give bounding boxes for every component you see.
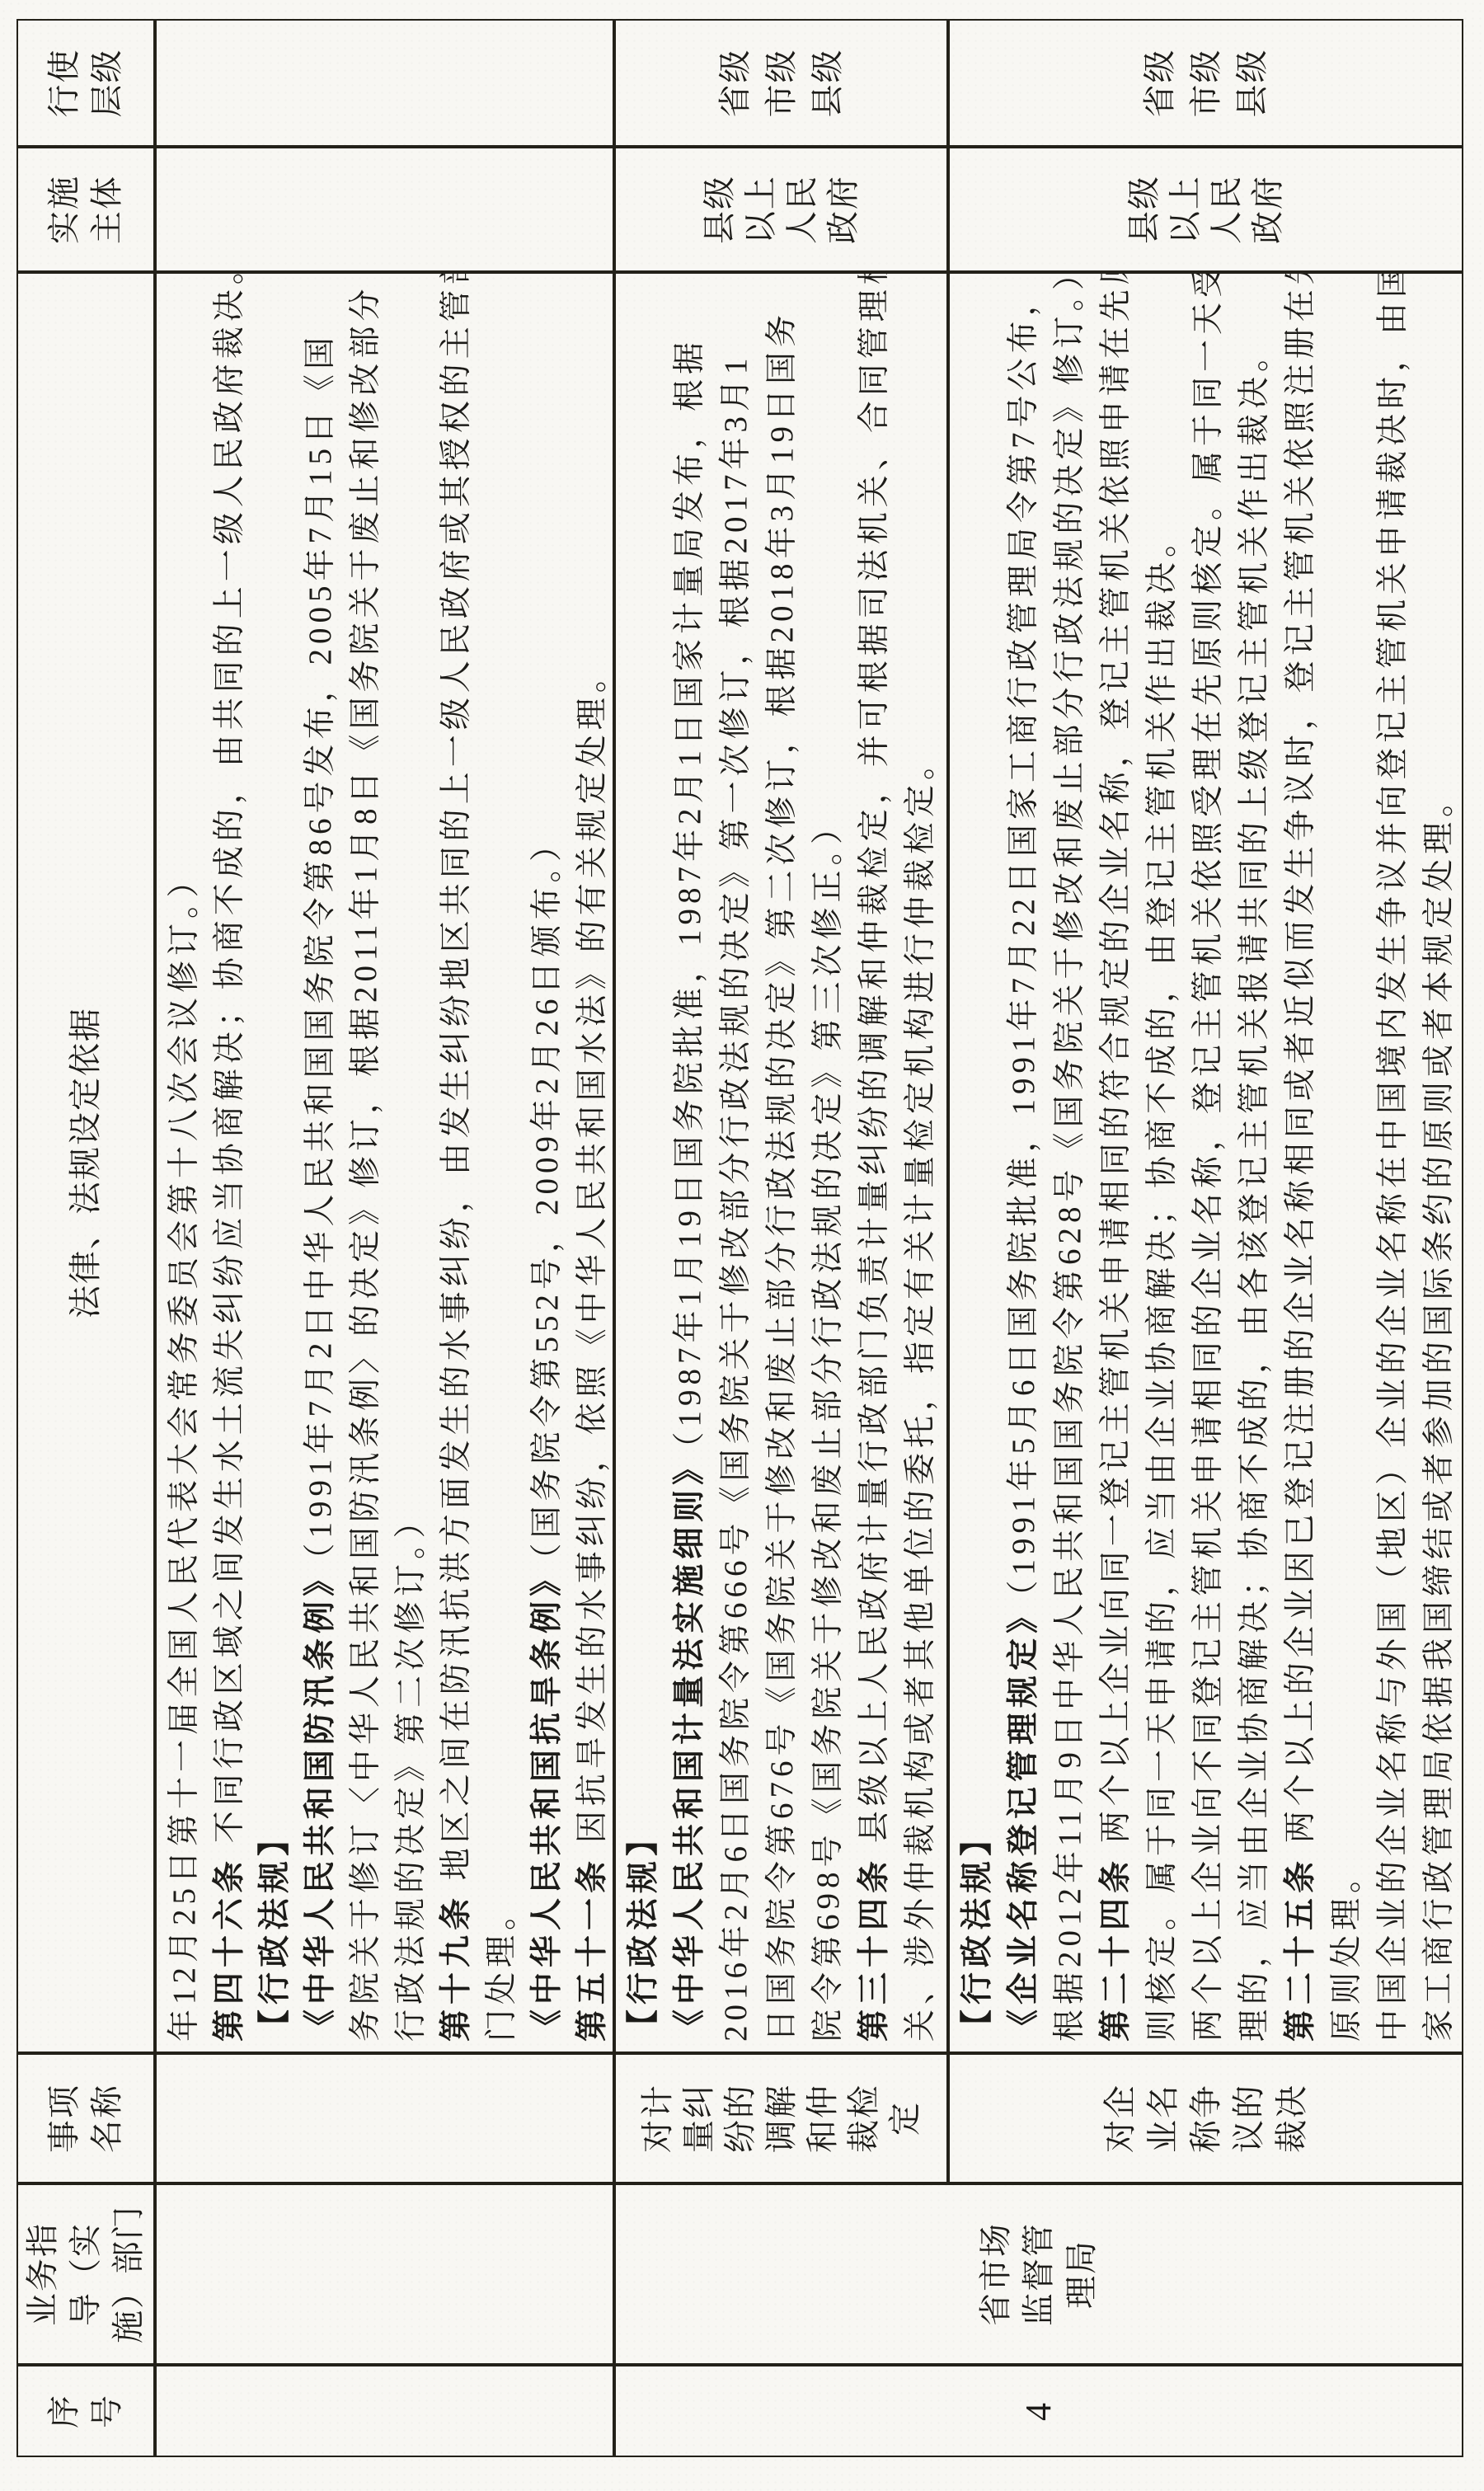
metrology-level: 省级 市级 县级 <box>614 19 948 147</box>
law-text-line: 《中华人民共和国抗旱条例》（国务院令第552号，2009年2月26日颁布。） <box>524 274 570 2042</box>
law-text-line: 行政法规的决定》第二次修订。） <box>388 274 434 2042</box>
carryover-serial-cell <box>155 2365 614 2457</box>
header-item-name: 事项 名称 <box>16 2053 155 2183</box>
rotated-table-sheet: 序 号 业务指 导（实 施）部门 事项 名称 法律、法规设定依据 实施 主体 行… <box>0 0 1484 2491</box>
carryover-item-cell <box>155 2053 614 2183</box>
law-text-line: 中国企业的企业名称与外国（地区）企业的企业名称在中国境内发生争议并向登记主管机关… <box>1370 274 1416 2042</box>
law-text-line: 第三十四条 县级以上人民政府计量行政部门负责计量纠纷的调解和仲裁检定，并可根据司… <box>852 274 898 2042</box>
law-text-line: 关、涉外仲裁机构或者其他单位的委托，指定有关计量检定机构进行仲裁检定。 <box>898 274 944 2042</box>
header-serial: 序 号 <box>16 2365 155 2457</box>
law-text-line: 第四十六条 不同行政区域之间发生水土流失纠纷应当协商解决；协商不成的，由共同的上… <box>207 274 252 2042</box>
law-text-line: 年12月25日第十一届全国人民代表大会常务委员会第十八次会议修订。） <box>162 274 207 2042</box>
law-text-line: 院令第698号《国务院关于修改和废止部分行政法规的决定》第三次修正。） <box>805 274 852 2042</box>
header-exercise-level: 行使 层级 <box>16 19 155 147</box>
law-text-line: 第二十五条 两个以上的企业因已登记注册的企业名称相同或者近似而发生争议时，登记主… <box>1278 274 1324 2042</box>
law-text-line: 2016年2月6日国务院令第666号《国务院关于修改部分行政法规的决定》第一次修… <box>713 274 759 2042</box>
law-text-line: 第十九条 地区之间在防汛抗洪方面发生的水事纠纷，由发生纠纷地区共同的上一级人民政… <box>434 274 479 2042</box>
law-text-line: 则核定。属于同一天申请的，应当由企业协商解决；协商不成的，由登记主管机关作出裁决… <box>1139 274 1186 2042</box>
enterprise-level: 省级 市级 县级 <box>948 19 1463 147</box>
law-text-line: 务院关于修订〈中华人民共和国防汛条例〉的决定》修订，根据2011年1月8日《国务… <box>343 274 388 2042</box>
law-text-line: 门处理。 <box>479 274 524 2042</box>
carryover-level-cell <box>155 19 614 147</box>
metrology-subject: 县级 以上 人民 政府 <box>614 147 948 272</box>
metrology-item-name: 对计 量纠 纷的 调解 和仲 裁检 定 <box>614 2053 948 2183</box>
law-text-line: 《中华人民共和国计量法实施细则》（1987年1月19日国务院批准，1987年2月… <box>667 274 713 2042</box>
header-dept: 业务指 导（实 施）部门 <box>16 2183 155 2365</box>
law-text-line: 《中华人民共和国防汛条例》（1991年7月2日中华人民共和国国务院令第86号发布… <box>298 274 343 2042</box>
law-text-line: 《企业名称登记管理规定》（1991年5月6日国务院批准，1991年7月22日国家… <box>1001 274 1047 2042</box>
enterprise-subject: 县级 以上 人民 政府 <box>948 147 1463 272</box>
law-text-line: 【行政法规】 <box>621 274 667 2042</box>
law-text-line: 【行政法规】 <box>955 274 1001 2042</box>
carryover-subject-cell <box>155 147 614 272</box>
enterprise-item-name: 对企 业名 称争 议的 裁决 <box>948 2053 1463 2183</box>
carryover-legal-basis-text: 年12月25日第十一届全国人民代表大会常务委员会第十八次会议修订。）第四十六条 … <box>155 272 614 2053</box>
law-text-line: 根据2012年11月9日中华人民共和国国务院令第628号《国务院关于修改和废止部… <box>1047 274 1093 2042</box>
carryover-dept-cell <box>155 2183 614 2365</box>
law-text-line: 第五十一条 因抗旱发生的水事纠纷，依照《中华人民共和国水法》的有关规定处理。 <box>570 274 614 2042</box>
law-text-line: 两个以上企业向不同登记主管机关申请相同的企业名称，登记主管机关依照受理在先原则核… <box>1186 274 1232 2042</box>
enterprise-legal-basis-text: 【行政法规】《企业名称登记管理规定》（1991年5月6日国务院批准，1991年7… <box>948 272 1463 2053</box>
law-text-line: 日国务院令第676号《国务院关于修改和废止部分行政法规的决定》第二次修订，根据2… <box>759 274 805 2042</box>
header-implementing-subject: 实施 主体 <box>16 147 155 272</box>
law-text-line: 【行政法规】 <box>252 274 298 2042</box>
metrology-legal-basis-text: 【行政法规】《中华人民共和国计量法实施细则》（1987年1月19日国务院批准，1… <box>614 272 948 2053</box>
dept-cell: 省市场 监督管 理局 <box>614 2183 1463 2365</box>
law-text-line: 理的，应当由企业协商解决；协商不成的，由各该登记主管机关报请共同的上级登记主管机… <box>1232 274 1278 2042</box>
law-text-line: 家工商行政管理局依据我国缔结或者参加的国际条约的原则或者本规定处理。 <box>1416 274 1463 2042</box>
law-text-line: 原则处理。 <box>1324 274 1370 2042</box>
header-legal-basis: 法律、法规设定依据 <box>16 272 155 2053</box>
scanned-page: 序 号 业务指 导（实 施）部门 事项 名称 法律、法规设定依据 实施 主体 行… <box>0 0 1484 2491</box>
serial-number-cell: 4 <box>614 2365 1463 2457</box>
law-text-line: 第二十四条 两个以上企业向同一登记主管机关申请相同的符合规定的企业名称，登记主管… <box>1093 274 1139 2042</box>
